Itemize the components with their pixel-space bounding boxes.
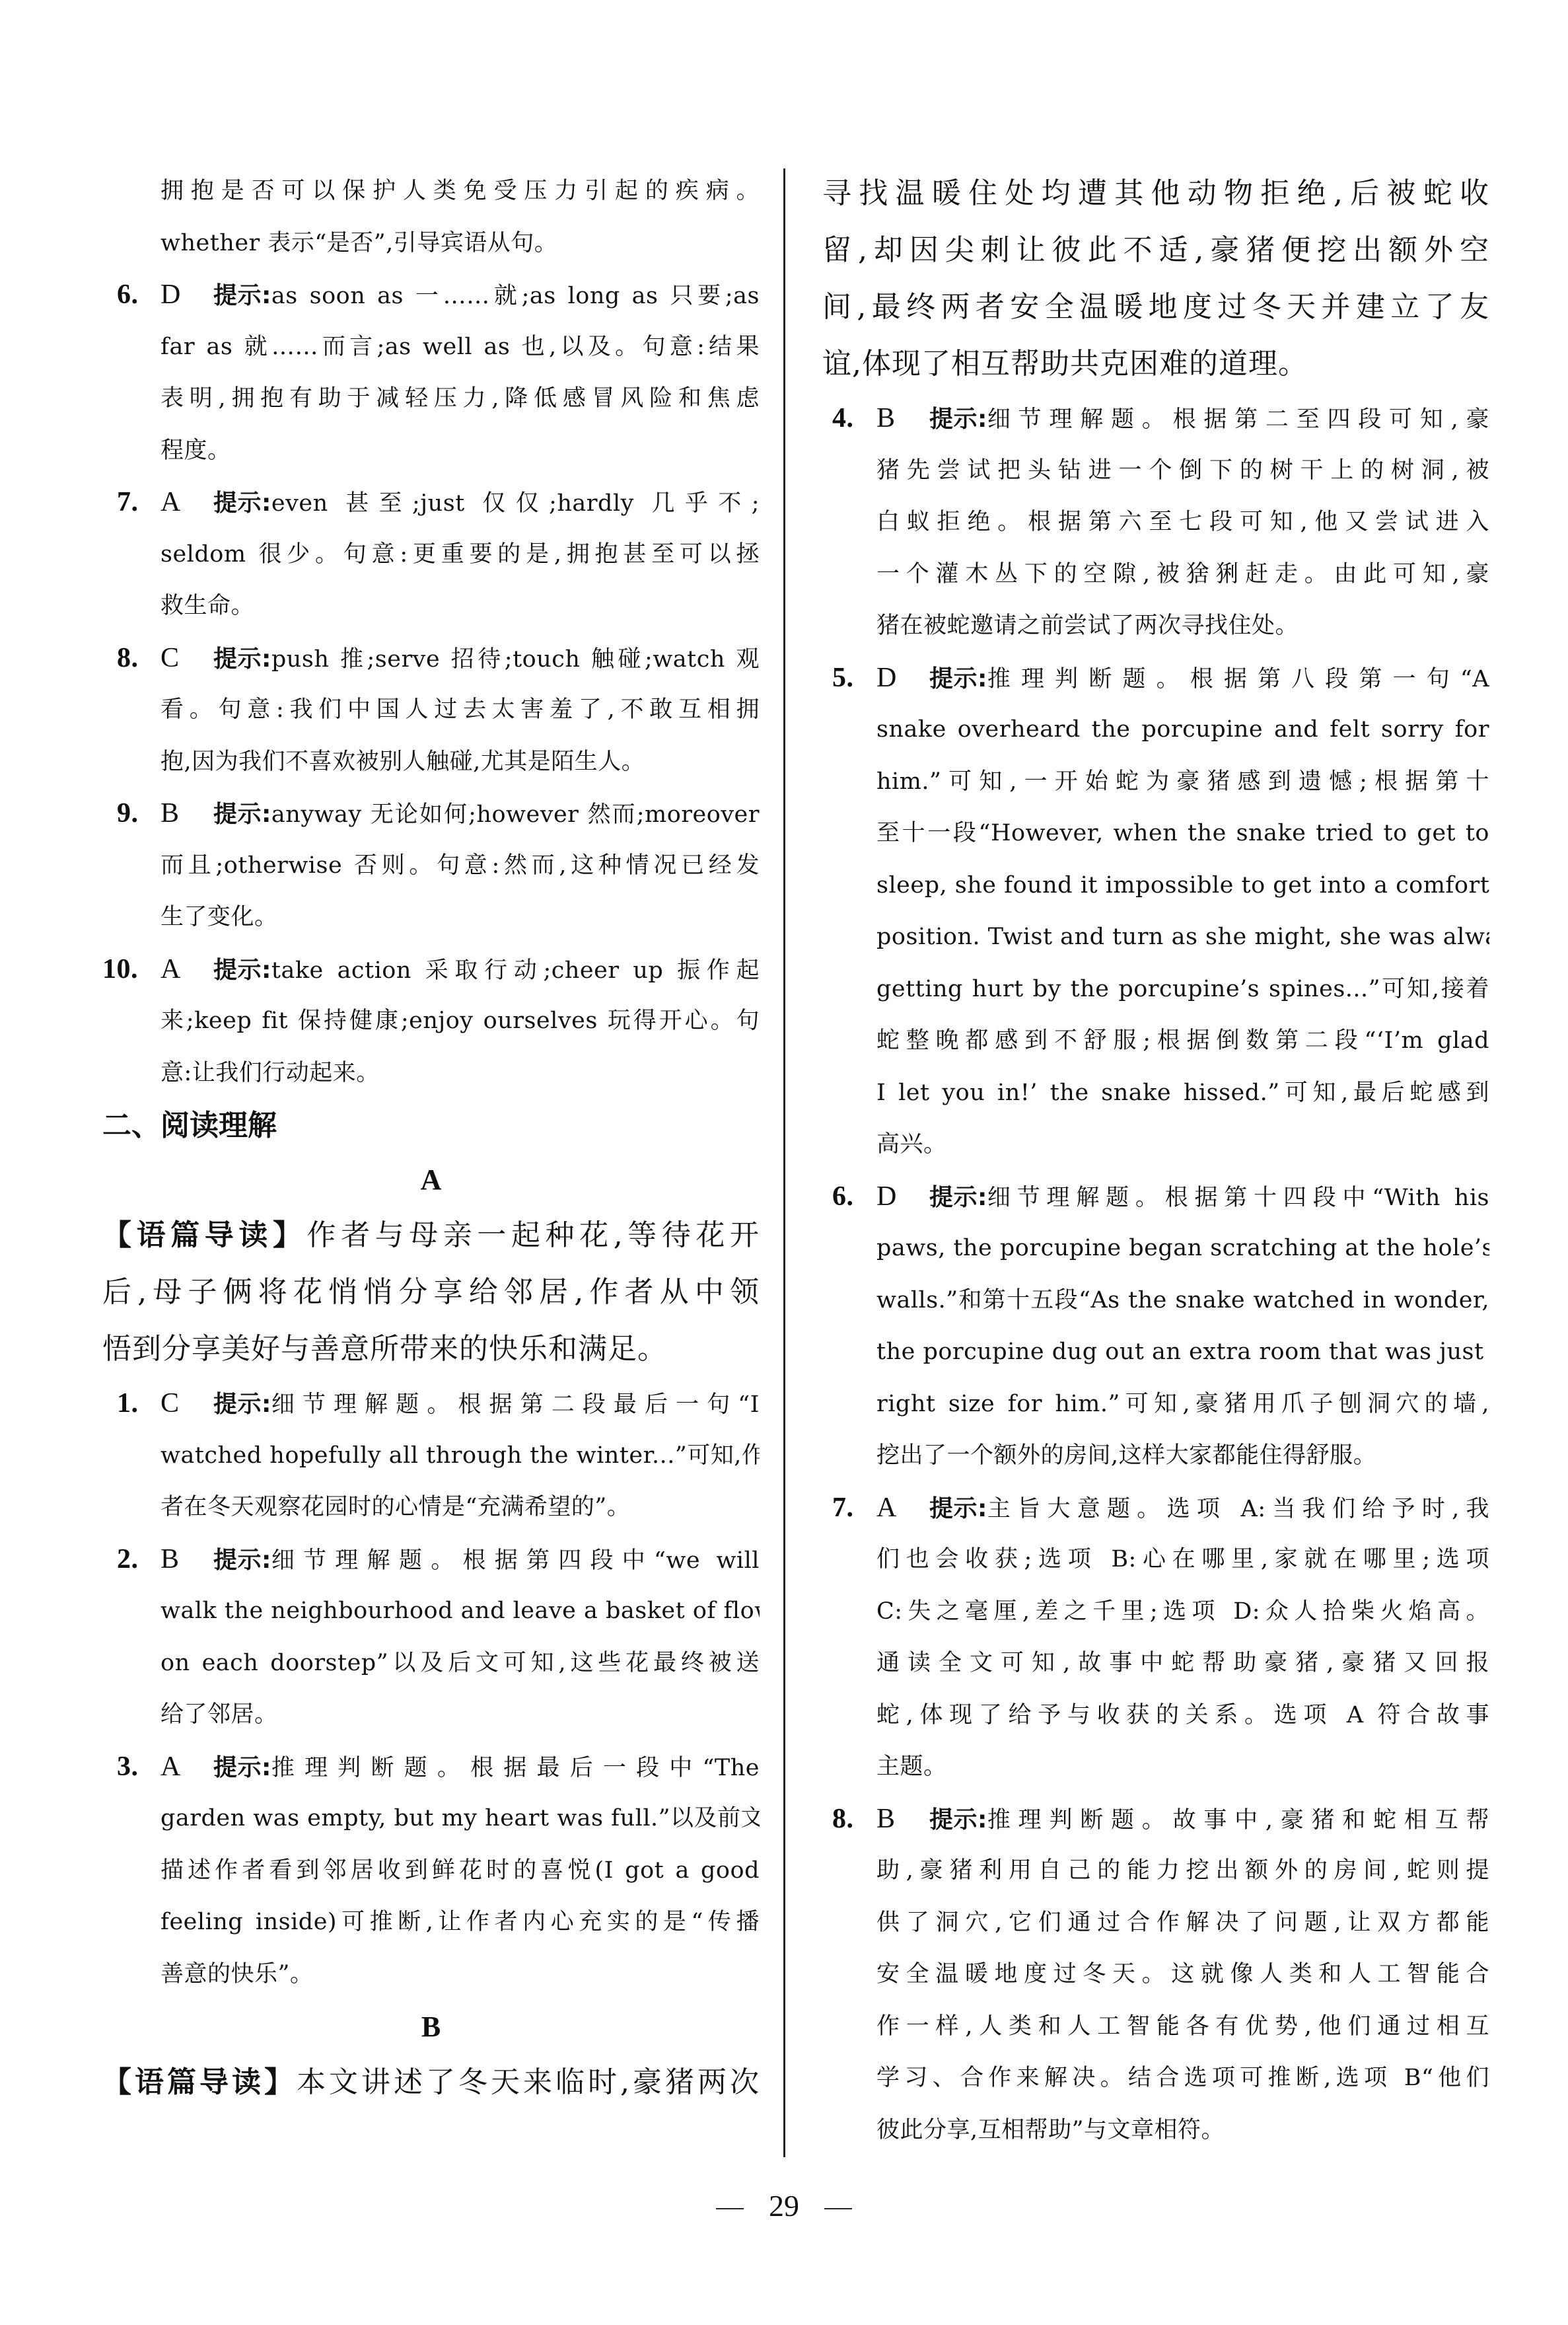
explanation-line: 看。句意:我们中国人过去太害羞了,不敢互相拥 <box>102 684 760 736</box>
hint-text: even 甚至;just 仅仅;hardly 几乎不; <box>271 478 760 529</box>
answer-letter: D <box>876 652 929 704</box>
explanation-line: 猪在被蛇邀请之前尝试了两次寻找住处。 <box>822 600 1489 652</box>
hint-label: 提示: <box>929 1172 987 1223</box>
passage-intro-line: 留,却因尖刺让彼此不适,豪猪便挖出额外空 <box>822 222 1489 279</box>
explanation-line: 者在冬天观察花园时的心情是“充满希望的”。 <box>102 1481 760 1533</box>
question-number: 5. <box>822 652 876 704</box>
intro-text: 本文讲述了冬天来临时,豪猪两次 <box>297 2065 760 2099</box>
hint-label: 提示: <box>213 945 271 996</box>
explanation-line: right size for him.”可知,豪猪用爪子刨洞穴的墙, <box>822 1378 1489 1430</box>
hint-label: 提示: <box>213 1535 271 1586</box>
answer-letter: D <box>160 269 213 321</box>
passage-heading-b: B <box>102 2000 760 2054</box>
intro-label: 【语篇导读】 <box>102 1218 306 1252</box>
left-column: 拥抱是否可以保护人类免受压力引起的疾病。 whether 表示“是否”,引导宾语… <box>102 165 760 2111</box>
question-number: 6. <box>102 269 160 321</box>
explanation-line: 助,豪猪利用自己的能力挖出额外的房间,蛇则提 <box>822 1845 1489 1897</box>
answer-item-6: 6. D 提示: as soon as 一……就;as long as 只要;a… <box>102 269 760 321</box>
page-footer: 29 <box>0 2188 1568 2223</box>
explanation-line: 程度。 <box>102 425 760 477</box>
answer-item-10: 10. A 提示: take action 采取行动;cheer up 振作起 <box>102 943 760 996</box>
hint-text: as soon as 一……就;as long as 只要;as <box>271 270 760 321</box>
answer-item-b4: 4. B 提示: 细节理解题。根据第二至四段可知,豪 <box>822 392 1489 445</box>
question-number: 2. <box>102 1533 160 1586</box>
question-number: 8. <box>822 1793 876 1845</box>
explanation-line: paws, the porcupine began scratching at … <box>822 1222 1489 1274</box>
answer-item-9: 9. B 提示: anyway 无论如何;however 然而;moreover <box>102 788 760 840</box>
answer-item-a2: 2. B 提示: 细节理解题。根据第四段中“we will <box>102 1533 760 1586</box>
hint-label: 提示: <box>929 1794 987 1845</box>
page-number: 29 <box>769 2189 799 2223</box>
answer-letter: B <box>160 1533 213 1586</box>
question-number: 1. <box>102 1378 160 1430</box>
explanation-line: 至十一段“However, when the snake tried to ge… <box>822 807 1489 860</box>
hint-label: 提示: <box>929 394 987 445</box>
explanation-line: sleep, she found it impossible to get in… <box>822 860 1489 912</box>
explanation-line: 而且;otherwise 否则。句意:然而,这种情况已经发 <box>102 840 760 892</box>
hint-text: 推理判断题。根据第八段第一句“A <box>987 653 1489 704</box>
explanation-line: 生了变化。 <box>102 891 760 943</box>
answer-letter: A <box>160 1741 213 1793</box>
passage-heading-a: A <box>102 1153 760 1207</box>
explanation-line: 给了邻居。 <box>102 1689 760 1741</box>
right-column: 寻找温暖住处均遭其他动物拒绝,后被蛇收 留,却因尖刺让彼此不适,豪猪便挖出额外空… <box>822 165 1489 2156</box>
hint-text: anyway 无论如何;however 然而;moreover <box>271 789 760 840</box>
answer-letter: A <box>160 943 213 996</box>
answer-letter: C <box>160 632 213 684</box>
intro-text: 作者与母亲一起种花,等待花开 <box>306 1218 760 1252</box>
explanation-line: I let you in!’ the snake hissed.”可知,最后蛇感… <box>822 1067 1489 1119</box>
explanation-line: feeling inside)可推断,让作者内心充实的是“传播 <box>102 1896 760 1948</box>
answer-letter: C <box>160 1378 213 1430</box>
explanation-line: 蛇,体现了给予与收获的关系。选项 A 符合故事 <box>822 1689 1489 1742</box>
explanation-line: the porcupine dug out an extra room that… <box>822 1326 1489 1378</box>
question-number: 8. <box>102 632 160 684</box>
explanation-line: 蛇整晚都感到不舒服;根据倒数第二段“‘I’m glad <box>822 1015 1489 1067</box>
hint-text: 细节理解题。根据第十四段中“With his <box>987 1172 1489 1223</box>
hint-label: 提示: <box>929 1483 987 1534</box>
answer-item-a1: 1. C 提示: 细节理解题。根据第二段最后一句“I <box>102 1378 760 1430</box>
explanation-line: getting hurt by the porcupine’s spines..… <box>822 963 1489 1015</box>
hint-text: 主旨大意题。选项 A:当我们给予时,我 <box>987 1483 1489 1534</box>
hint-label: 提示: <box>213 1742 271 1793</box>
continued-text: whether 表示“是否”,引导宾语从句。 <box>102 217 760 270</box>
explanation-line: 救生命。 <box>102 580 760 632</box>
explanation-line: 安全温暖地度过冬天。这就像人类和人工智能合 <box>822 1948 1489 2001</box>
passage-intro: 【语篇导读】作者与母亲一起种花,等待花开 <box>102 1207 760 1264</box>
explanation-line: seldom 很少。句意:更重要的是,拥抱甚至可以拯 <box>102 529 760 581</box>
passage-intro-line: 间,最终两者安全温暖地度过冬天并建立了友 <box>822 279 1489 336</box>
question-number: 6. <box>822 1171 876 1223</box>
hint-text: take action 采取行动;cheer up 振作起 <box>271 945 760 996</box>
hint-label: 提示: <box>213 1379 271 1430</box>
explanation-line: 描述作者看到邻居收到鲜花时的喜悦(I got a good <box>102 1845 760 1897</box>
explanation-line: 作一样,人类和人工智能各有优势,他们通过相互 <box>822 2001 1489 2053</box>
question-number: 7. <box>822 1482 876 1534</box>
hint-text: 细节理解题。根据第二至四段可知,豪 <box>987 394 1489 445</box>
hint-label: 提示: <box>213 270 271 321</box>
explanation-line: 善意的快乐”。 <box>102 1948 760 2001</box>
hint-text: 细节理解题。根据第二段最后一句“I <box>271 1379 760 1430</box>
answer-letter: B <box>876 392 929 445</box>
explanation-line: 猪先尝试把头钻进一个倒下的树干上的树洞,被 <box>822 445 1489 497</box>
passage-intro: 【语篇导读】本文讲述了冬天来临时,豪猪两次 <box>102 2054 760 2111</box>
explanation-line: 白蚁拒绝。根据第六至七段可知,他又尝试进入 <box>822 496 1489 548</box>
answer-letter: B <box>160 788 213 840</box>
explanation-line: 抱,因为我们不喜欢被别人触碰,尤其是陌生人。 <box>102 736 760 788</box>
explanation-line: 主题。 <box>822 1741 1489 1793</box>
explanation-line: 挖出了一个额外的房间,这样大家都能住得舒服。 <box>822 1430 1489 1482</box>
hint-label: 提示: <box>213 789 271 840</box>
explanation-line: garden was empty, but my heart was full.… <box>102 1792 760 1845</box>
explanation-line: 学习、合作来解决。结合选项可推断,选项 B“他们 <box>822 2052 1489 2104</box>
answer-letter: A <box>876 1482 929 1534</box>
answer-item-b5: 5. D 提示: 推理判断题。根据第八段第一句“A <box>822 652 1489 704</box>
answer-letter: A <box>160 476 213 529</box>
answer-item-8: 8. C 提示: push 推;serve 招待;touch 触碰;watch … <box>102 632 760 684</box>
answer-item-b6: 6. D 提示: 细节理解题。根据第十四段中“With his <box>822 1171 1489 1223</box>
explanation-line: 一个灌木丛下的空隙,被猞猁赶走。由此可知,豪 <box>822 548 1489 601</box>
continued-text: 拥抱是否可以保护人类免受压力引起的疾病。 <box>102 165 760 217</box>
explanation-line: 通读全文可知,故事中蛇帮助豪猪,豪猪又回报 <box>822 1637 1489 1689</box>
explanation-line: 表明,拥抱有助于减轻压力,降低感冒风险和焦虑 <box>102 373 760 425</box>
explanation-line: walk the neighbourhood and leave a baske… <box>102 1585 760 1637</box>
answer-letter: B <box>876 1793 929 1845</box>
hint-text: 推理判断题。故事中,豪猪和蛇相互帮 <box>987 1794 1489 1845</box>
answer-item-a3: 3. A 提示: 推理判断题。根据最后一段中“The <box>102 1741 760 1793</box>
explanation-line: on each doorstep”以及后文可知,这些花最终被送 <box>102 1637 760 1689</box>
answer-letter: D <box>876 1171 929 1223</box>
hint-label: 提示: <box>929 653 987 704</box>
hint-text: push 推;serve 招待;touch 触碰;watch 观 <box>271 634 760 684</box>
explanation-line: far as 就……而言;as well as 也,以及。句意:结果 <box>102 321 760 373</box>
explanation-line: walls.”和第十五段“As the snake watched in won… <box>822 1274 1489 1327</box>
intro-label: 【语篇导读】 <box>102 2065 297 2099</box>
question-number: 3. <box>102 1741 160 1793</box>
question-number: 4. <box>822 392 876 445</box>
explanation-line: position. Twist and turn as she might, s… <box>822 911 1489 963</box>
passage-intro-line: 寻找温暖住处均遭其他动物拒绝,后被蛇收 <box>822 165 1489 222</box>
passage-intro-line: 后,母子俩将花悄悄分享给邻居,作者从中领 <box>102 1264 760 1321</box>
hint-text: 细节理解题。根据第四段中“we will <box>271 1535 760 1586</box>
hint-label: 提示: <box>213 634 271 684</box>
passage-intro-line: 悟到分享美好与善意所带来的快乐和满足。 <box>102 1321 760 1378</box>
explanation-line: 意:让我们行动起来。 <box>102 1047 760 1099</box>
column-divider <box>783 168 785 2157</box>
explanation-line: 供了洞穴,它们通过合作解决了问题,让双方都能 <box>822 1897 1489 1949</box>
question-number: 9. <box>102 788 160 840</box>
answer-item-7: 7. A 提示: even 甚至;just 仅仅;hardly 几乎不; <box>102 476 760 529</box>
question-number: 10. <box>102 943 160 996</box>
explanation-line: snake overheard the porcupine and felt s… <box>822 704 1489 756</box>
explanation-line: watched hopefully all through the winter… <box>102 1430 760 1482</box>
explanation-line: 们也会收获;选项 B:心在哪里,家就在哪里;选项 <box>822 1533 1489 1586</box>
answer-item-b8: 8. B 提示: 推理判断题。故事中,豪猪和蛇相互帮 <box>822 1793 1489 1845</box>
dash-left <box>716 2208 744 2209</box>
section-title: 二、阅读理解 <box>102 1099 760 1153</box>
hint-text: 推理判断题。根据最后一段中“The <box>271 1742 760 1793</box>
dash-right <box>824 2208 852 2209</box>
explanation-line: him.”可知,一开始蛇为豪猪感到遗憾;根据第十 <box>822 756 1489 808</box>
hint-label: 提示: <box>213 478 271 529</box>
explanation-line: 来;keep fit 保持健康;enjoy ourselves 玩得开心。句 <box>102 995 760 1047</box>
question-number: 7. <box>102 476 160 529</box>
passage-intro-line: 谊,体现了相互帮助共克困难的道理。 <box>822 336 1489 392</box>
explanation-line: 彼此分享,互相帮助”与文章相符。 <box>822 2104 1489 2157</box>
answer-item-b7: 7. A 提示: 主旨大意题。选项 A:当我们给予时,我 <box>822 1482 1489 1534</box>
explanation-line: C:失之毫厘,差之千里;选项 D:众人拾柴火焰高。 <box>822 1586 1489 1638</box>
explanation-line: 高兴。 <box>822 1119 1489 1171</box>
